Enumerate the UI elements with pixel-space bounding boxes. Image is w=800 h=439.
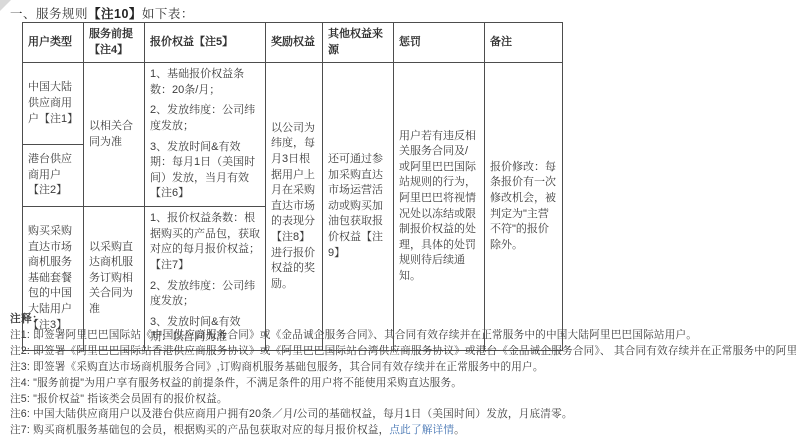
table-header-row: 用户类型 服务前提【注4】 报价权益【注5】 奖励权益 其他权益来源 惩罚 备注 xyxy=(23,23,563,63)
note-2: 注2: 即签署《阿里巴巴国际站香港供应商服务协议》或《阿里巴巴国际站台湾供应商服… xyxy=(10,345,796,358)
title-suffix: 如下表： xyxy=(142,7,194,21)
title-note-ref: 【注10】 xyxy=(88,7,142,21)
cell-other-source: 还可通过参加采购直达市场运营活动或购买加油包获取报价权益【注9】 xyxy=(323,63,394,351)
note-7-details-link[interactable]: 点此了解详情 xyxy=(389,424,454,436)
note-7: 注7: 购买商机服务基础包的会员，根据购买的产品包获取对应的每月报价权益，点此了… xyxy=(10,424,796,437)
col-header-punishment: 惩罚 xyxy=(394,23,485,63)
notes-title: 注释： xyxy=(10,311,796,326)
quote-rights-item: 2、发放纬度：公司纬度发放； xyxy=(150,103,260,134)
notes-section: 注释： 注1: 即签署阿里巴巴国际站《中国供应商服务合同》或《金品诚企服务合同》… xyxy=(10,311,796,439)
cell-reward: 以公司为纬度，每月3日根据用户上月在采购直达市场的表现分【注8】进行报价权益的奖… xyxy=(266,63,323,351)
table-row: 中国大陆供应商用户【注1】 以相关合同为准 1、基础报价权益条数：20条/月； … xyxy=(23,63,563,145)
quote-rights-item: 3、发放时间&有效期：每月1日（美国时间）发放，当月有效【注6】 xyxy=(150,140,260,202)
col-header-premise: 服务前提【注4】 xyxy=(84,23,145,63)
note-5: 注5: "报价权益" 指该类会员固有的报价权益。 xyxy=(10,393,796,406)
document-page: 一、服务规则【注10】如下表： 用户类型 服务前提【注4】 报价权益【注5】 奖… xyxy=(0,0,800,439)
col-header-user-type: 用户类型 xyxy=(23,23,84,63)
cell-quote-rights-12: 1、基础报价权益条数：20条/月； 2、发放纬度：公司纬度发放； 3、发放时间&… xyxy=(145,63,266,207)
note-3: 注3: 即签署《采购直达市场商机服务合同》,订购商机服务基础包服务，其合同有效存… xyxy=(10,361,796,374)
cell-user-type-1: 中国大陆供应商用户【注1】 xyxy=(23,63,84,145)
quote-rights-item: 1、报价权益条数：根据购买的产品包，获取对应的每月报价权益；【注7】 xyxy=(150,211,260,273)
note-4: 注4: "服务前提"为用户享有服务权益的前提条件，不满足条件的用户将不能使用采购… xyxy=(10,377,796,390)
service-rules-table: 用户类型 服务前提【注4】 报价权益【注5】 奖励权益 其他权益来源 惩罚 备注… xyxy=(22,22,563,351)
col-header-reward-rights: 奖励权益 xyxy=(266,23,323,63)
cell-premise-12: 以相关合同为准 xyxy=(84,63,145,207)
col-header-remark: 备注 xyxy=(485,23,563,63)
cell-punishment: 用户若有违反相关服务合同及/或阿里巴巴国际站规则的行为，阿里巴巴将视情况处以冻结… xyxy=(394,63,485,351)
note-1: 注1: 即签署阿里巴巴国际站《中国供应商服务合同》或《金品诚企服务合同》、其合同… xyxy=(10,329,796,342)
col-header-other-sources: 其他权益来源 xyxy=(323,23,394,63)
cell-remark: 报价修改：每条报价有一次修改机会，被判定为"主营不符"的报价除外。 xyxy=(485,63,563,351)
note-7-text: 注7: 购买商机服务基础包的会员，根据购买的产品包获取对应的每月报价权益， xyxy=(10,424,389,436)
quote-rights-item: 1、基础报价权益条数：20条/月； xyxy=(150,67,260,98)
page-title: 一、服务规则【注10】如下表： xyxy=(10,4,194,22)
note-7-suffix: 。 xyxy=(454,424,465,436)
quote-rights-item: 2、发放纬度：公司纬度发放； xyxy=(150,279,260,310)
note-6: 注6: 中国大陆供应商用户以及港台供应商用户拥有20条／月/公司的基础权益，每月… xyxy=(10,408,796,421)
col-header-quote-rights: 报价权益【注5】 xyxy=(145,23,266,63)
cell-user-type-2: 港台供应商用户【注2】 xyxy=(23,145,84,207)
title-prefix: 一、服务规则 xyxy=(10,7,88,21)
